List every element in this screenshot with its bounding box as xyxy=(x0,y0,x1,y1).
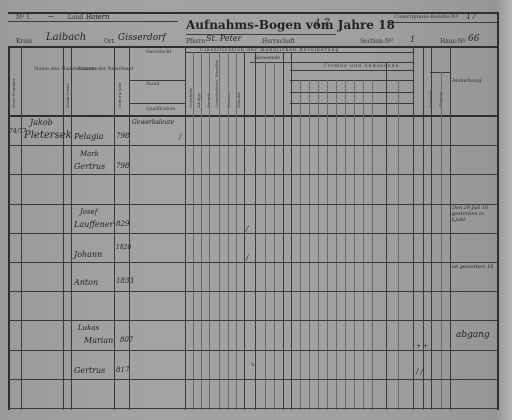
grid-line-fine xyxy=(309,80,310,410)
row-4-note: Den 29 Juli 18 gestorben in Ljubl. xyxy=(452,205,498,223)
grid-line-fine xyxy=(372,80,373,410)
year-suffix: 4 7 xyxy=(314,18,330,29)
row-2-name: Gertrus xyxy=(74,162,105,171)
header-line-1 xyxy=(8,21,178,22)
grid-line xyxy=(129,46,130,410)
row-8-name: Marian xyxy=(84,336,113,345)
header-box-line xyxy=(430,72,450,73)
haus-label: Haus-Nº xyxy=(440,38,466,45)
paper-edge xyxy=(498,0,512,420)
side-label-haus-nummer: Haus-Nummer xyxy=(11,78,16,108)
conscription-label: Conscriptions-Bezirks-Nº xyxy=(394,14,458,20)
grid-line xyxy=(386,62,387,410)
col-qualification-label: Qualification xyxy=(146,107,175,112)
col-fremde-label: Fremde und Abwesende xyxy=(324,64,399,69)
grid-line-fine xyxy=(398,80,399,410)
row-2-first: Mark xyxy=(80,150,99,158)
grid-line xyxy=(413,46,414,410)
grid-line-fine xyxy=(300,80,301,410)
header-line-right xyxy=(390,22,498,23)
row-2-year: 798 xyxy=(116,162,129,170)
row-1-mark: / xyxy=(179,133,181,141)
row-1-owner-last: Pletersek xyxy=(24,130,72,141)
ink-mark: ↘ xyxy=(250,361,255,368)
row-line xyxy=(8,320,498,321)
number-label: Nº 1. xyxy=(16,14,32,21)
grid-line-fine xyxy=(236,52,237,410)
grid-line-fine xyxy=(441,72,442,410)
row-6-name: Anton xyxy=(74,278,98,287)
col-geschlecht-label: Geschlecht xyxy=(146,50,171,55)
kreis-label: Kreis xyxy=(16,38,32,45)
pfarre-label: Pfarre xyxy=(186,38,205,45)
grid-line xyxy=(431,46,432,410)
number-dash: — xyxy=(48,13,54,20)
conscription-value: 17 xyxy=(466,12,476,21)
grid-line-fine xyxy=(265,62,266,410)
side-label-wohn-partei: Wohn-Partei xyxy=(65,83,70,108)
grid-line-fine xyxy=(363,80,364,410)
land-value: Baiern xyxy=(86,13,110,21)
row-4-name: Lauffener xyxy=(74,220,113,229)
row-4-first: Josef xyxy=(80,208,97,216)
grid-line xyxy=(244,52,245,410)
section-label: Section-Nº xyxy=(360,38,393,45)
row-1-owner-first: Jakob xyxy=(30,118,53,127)
grid-line xyxy=(450,46,451,410)
row-line xyxy=(8,204,498,205)
grid-line xyxy=(185,46,186,410)
haus-value: 66 xyxy=(468,34,479,44)
grid-line-fine xyxy=(354,80,355,410)
pfarre-value: St. Peter xyxy=(206,34,241,43)
col-stand-label: Stand xyxy=(146,82,159,87)
grid-line xyxy=(71,46,72,410)
row-1-qualification: Gewerbsleute xyxy=(132,119,174,126)
row-line xyxy=(8,350,498,351)
column-header-bottom xyxy=(8,115,498,117)
grid-line-fine xyxy=(336,80,337,410)
ort-value: Gisserdorf xyxy=(118,33,166,43)
row-line xyxy=(8,174,498,175)
header-box-line xyxy=(130,80,185,81)
row-8-year: 807 xyxy=(120,336,133,344)
grid-line xyxy=(255,52,256,410)
grid-line xyxy=(291,52,292,410)
col-abwesende-label: Abwesende xyxy=(254,56,280,61)
section-value: 1 xyxy=(410,35,415,44)
row-6-mark: / xyxy=(246,254,248,262)
grid-line-fine xyxy=(209,52,210,410)
grid-line-fine xyxy=(274,62,275,410)
grid-line xyxy=(423,46,424,410)
grid-line-fine xyxy=(318,80,319,410)
grid-border-left xyxy=(8,46,10,410)
col-anmerkung-label: Anmerkung xyxy=(452,78,482,84)
grid-line xyxy=(21,46,22,410)
header-box-line xyxy=(130,103,185,104)
row-5-mark: / xyxy=(246,225,248,233)
row-line xyxy=(8,233,498,234)
row-6-year: 1833 xyxy=(116,277,134,285)
grid-line xyxy=(114,46,115,410)
col-bewohner-label: Namen der Bewohner xyxy=(78,66,134,72)
row-9-mark: / / xyxy=(416,368,423,376)
row-line xyxy=(8,262,498,263)
row-1-year: 798 xyxy=(116,132,129,140)
row-8-mark: + + xyxy=(416,343,428,350)
grid-line-fine xyxy=(193,52,194,410)
kreis-value: Laibach xyxy=(46,32,86,43)
row-1-name: Pelagia xyxy=(74,132,104,141)
grid-line-fine xyxy=(327,80,328,410)
row-9-name: Gertrus xyxy=(74,366,105,375)
grid-line-fine xyxy=(228,52,229,410)
side-label-geburts-jahr: Geburts-Jahr xyxy=(117,82,122,108)
grid-line-fine xyxy=(219,52,220,410)
row-9-year: 817 xyxy=(116,366,129,374)
row-line xyxy=(8,145,498,146)
row-6-note: ist gestorben 18 xyxy=(452,264,496,270)
ort-label: Ort xyxy=(104,38,114,45)
header-box-line xyxy=(290,70,413,71)
row-line xyxy=(8,379,498,380)
row-4-year: 829 xyxy=(116,220,129,228)
census-form-sheet: Nº 1. — Land Baiern Aufnahms-Bogen vom J… xyxy=(0,0,512,420)
row-5-year: 1826 xyxy=(116,244,131,251)
grid-line xyxy=(283,52,284,410)
row-line xyxy=(8,408,498,409)
form-title: Aufnahms-Bogen vom Jahre 18 xyxy=(186,18,395,32)
grid-line-fine xyxy=(201,52,202,410)
row-line xyxy=(8,291,498,292)
row-5-name: Johann xyxy=(74,250,102,259)
grid-line xyxy=(63,46,64,410)
row-8-note: abgang xyxy=(456,330,490,340)
grid-line-fine xyxy=(345,80,346,410)
herrschaft-label: Herrschaft xyxy=(262,38,295,45)
land-label: Land xyxy=(68,14,83,21)
row-8-first: Lukas xyxy=(78,324,99,332)
